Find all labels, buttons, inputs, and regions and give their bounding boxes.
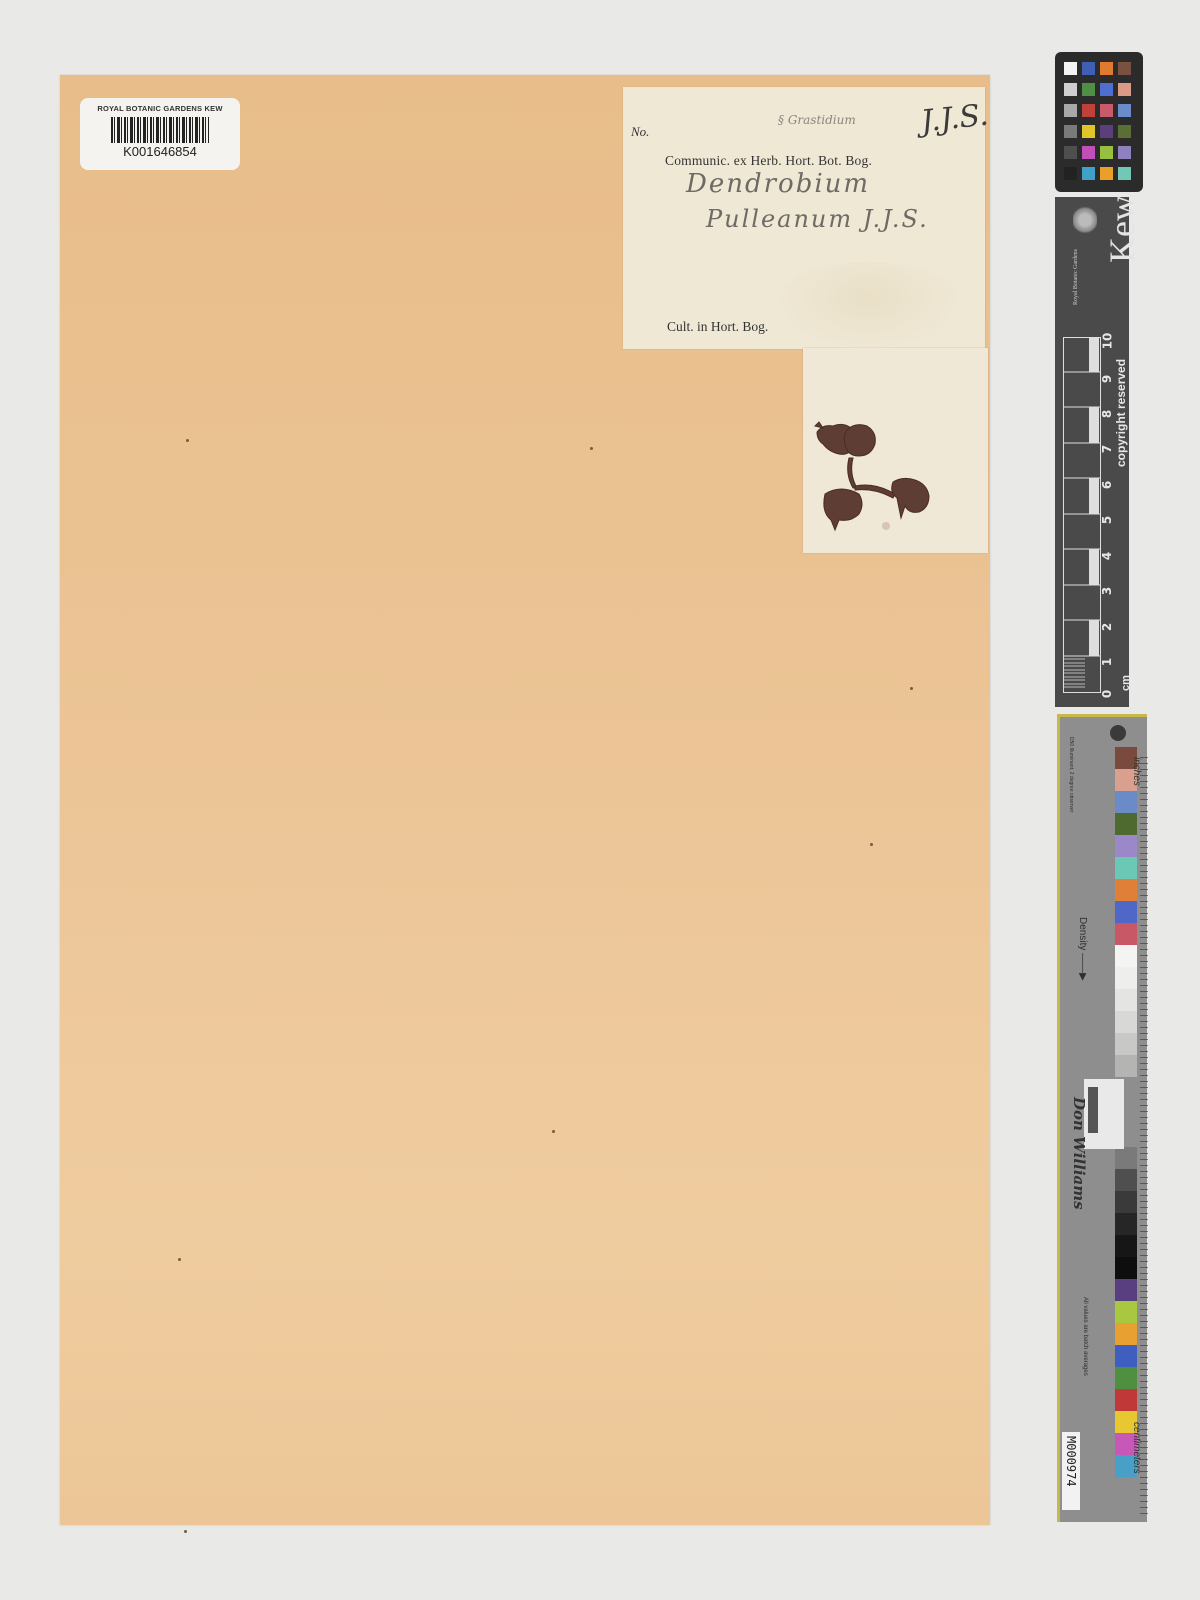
barcode-number: K001646854	[80, 144, 240, 159]
color-patch	[1100, 104, 1113, 117]
dw-swatch	[1115, 1213, 1137, 1235]
color-patch	[1100, 62, 1113, 75]
color-patch	[1082, 83, 1095, 96]
target-bar	[1088, 1087, 1098, 1133]
color-patch	[1082, 146, 1095, 159]
color-patch	[1064, 62, 1077, 75]
color-patch	[1118, 83, 1131, 96]
determination-label: No. § Grastidium J.J.S. Communic. ex Her…	[623, 87, 985, 349]
genus-name: Dendrobium	[686, 169, 870, 199]
scale-number-2: 2	[1100, 623, 1114, 631]
color-patch	[1064, 125, 1077, 138]
dw-swatch	[1115, 1011, 1137, 1033]
batch-note: All values are batch averages	[1082, 1297, 1088, 1376]
section-annotation: § Grastidium	[778, 113, 856, 127]
dw-swatch	[1115, 791, 1137, 813]
dw-swatch	[1115, 901, 1137, 923]
color-patch	[1118, 104, 1131, 117]
serial-number: M000974	[1064, 1436, 1078, 1487]
color-patch	[1100, 125, 1113, 138]
dw-swatch	[1115, 1389, 1137, 1411]
dw-swatch	[1115, 1147, 1137, 1169]
scale-number-5: 5	[1100, 516, 1114, 524]
color-patch	[1118, 125, 1131, 138]
collector-initials: J.J.S.	[919, 98, 990, 140]
scale-number-8: 8	[1100, 410, 1114, 418]
kew-scale-bar: Royal Botanic Gardens Kew copyright rese…	[1055, 197, 1129, 707]
sheet-speck	[184, 1530, 187, 1533]
scale-number-1: 1	[1100, 658, 1114, 666]
color-patch	[1064, 83, 1077, 96]
dw-swatch	[1115, 989, 1137, 1011]
color-patch	[1100, 83, 1113, 96]
scale-number-0: 0	[1100, 690, 1114, 698]
color-patch	[1100, 146, 1113, 159]
dw-swatch	[1115, 1301, 1137, 1323]
scale-number-3: 3	[1100, 587, 1114, 595]
sheet-speck	[178, 1258, 181, 1261]
illuminant-note: D50 Illuminant, 2 degree observer	[1068, 737, 1074, 812]
sheet-speck	[552, 1130, 555, 1133]
copyright-text: copyright reserved	[1114, 359, 1128, 467]
scale-number-9: 9	[1100, 375, 1114, 383]
cm-ruler-ticks	[1063, 337, 1101, 697]
don-williams-color-card: inches D50 Illuminant, 2 degree observer…	[1057, 714, 1147, 1522]
color-patch	[1082, 62, 1095, 75]
sheet-speck	[910, 687, 913, 690]
scale-unit: cm	[1120, 675, 1132, 691]
brand-name: Don Williams	[1070, 1097, 1088, 1210]
color-patch	[1118, 62, 1131, 75]
color-patch	[1064, 146, 1077, 159]
dw-swatch	[1115, 813, 1137, 835]
dw-swatch	[1115, 1345, 1137, 1367]
institution-name: ROYAL BOTANIC GARDENS KEW	[80, 104, 240, 113]
scale-number-4: 4	[1100, 552, 1114, 560]
kew-logo-subtitle: Royal Botanic Gardens	[1073, 249, 1079, 305]
cultivated-line: Cult. in Hort. Bog.	[667, 319, 768, 335]
dw-swatch	[1115, 923, 1137, 945]
barcode	[111, 117, 209, 143]
dw-swatch	[1115, 1257, 1137, 1279]
color-patch	[1118, 146, 1131, 159]
royal-crest-icon	[1073, 205, 1097, 235]
dw-swatch	[1115, 1367, 1137, 1389]
dw-swatch	[1115, 1191, 1137, 1213]
dw-swatch	[1115, 1279, 1137, 1301]
dw-swatch	[1115, 1033, 1137, 1055]
dw-swatch	[1115, 879, 1137, 901]
resolution-target	[1084, 1079, 1124, 1149]
communicated-from-line: Communic. ex Herb. Hort. Bot. Bog.	[665, 153, 872, 169]
kew-logo: Kew	[1101, 163, 1143, 263]
serial-label: M000974	[1062, 1432, 1080, 1510]
paper-stain	[773, 262, 963, 352]
scale-number-10: 10	[1100, 333, 1114, 350]
dw-swatch	[1115, 967, 1137, 989]
dried-flowers-icon	[803, 348, 988, 553]
inch-cm-ruler	[1140, 757, 1148, 1517]
card-hole	[1110, 725, 1126, 741]
color-patch	[1064, 167, 1077, 180]
dw-swatch	[1115, 1055, 1137, 1077]
dw-swatch	[1115, 1235, 1137, 1257]
sheet-speck	[870, 843, 873, 846]
number-prefix: No.	[631, 124, 649, 140]
dw-swatch	[1115, 835, 1137, 857]
color-patch	[1082, 125, 1095, 138]
density-label: Density ——▶	[1077, 917, 1088, 981]
scale-number-6: 6	[1100, 481, 1114, 489]
fragment-packet	[803, 348, 988, 553]
color-patch	[1064, 104, 1077, 117]
species-name: Pulleanum J.J.S.	[706, 205, 929, 233]
dw-swatch	[1115, 857, 1137, 879]
barcode-label: ROYAL BOTANIC GARDENS KEW K001646854	[80, 98, 240, 170]
sheet-speck	[590, 447, 593, 450]
sheet-speck	[186, 439, 189, 442]
scale-number-7: 7	[1100, 445, 1114, 453]
dw-swatch	[1115, 945, 1137, 967]
centimeters-label: centimeters	[1131, 1422, 1142, 1474]
color-patch	[1082, 167, 1095, 180]
dw-swatch	[1115, 1169, 1137, 1191]
color-patch	[1082, 104, 1095, 117]
inches-label: inches	[1131, 757, 1142, 786]
dw-swatch	[1115, 1323, 1137, 1345]
